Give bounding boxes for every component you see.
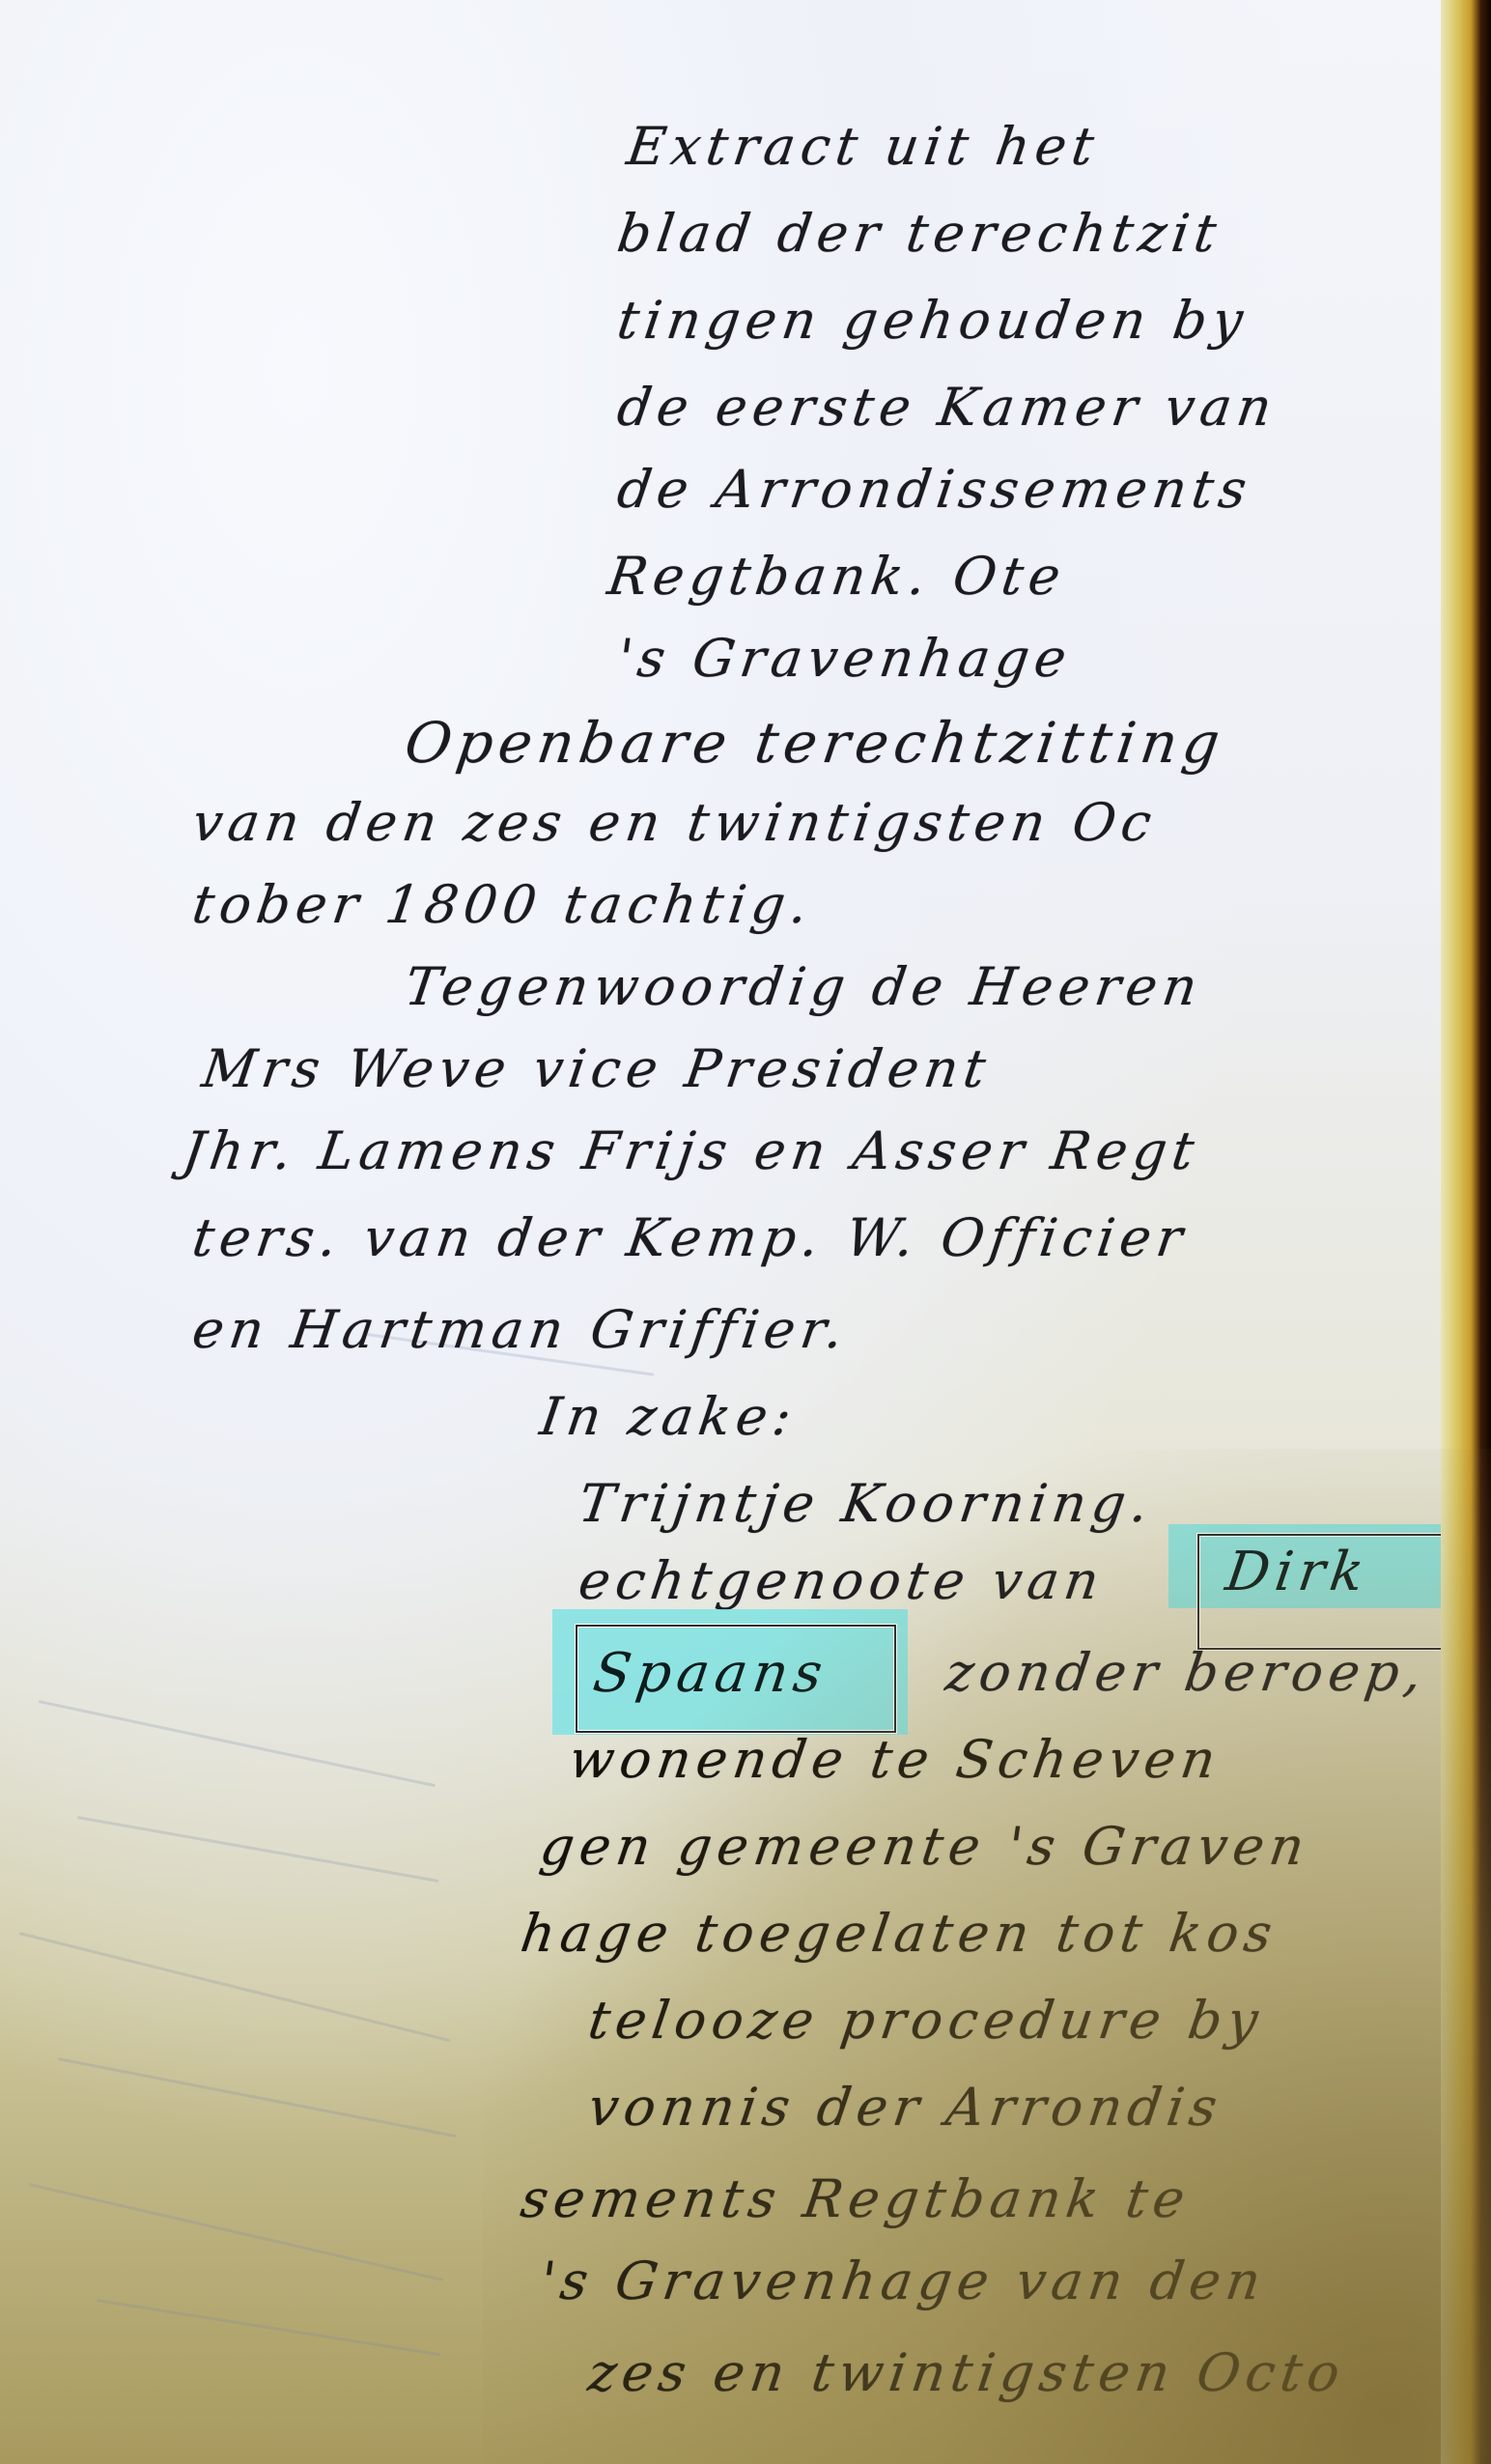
text-line: gen gemeente 's Graven bbox=[537, 1816, 1314, 1877]
text-line: de Arrondissements bbox=[614, 459, 1256, 520]
text-line: vonnis der Arrondis bbox=[585, 2077, 1227, 2138]
text-line: echtgenoote van bbox=[576, 1550, 1109, 1611]
text-line: Jhr. Lamens Frijs en Asser Regt bbox=[180, 1120, 1204, 1181]
text-line: hage toegelaten tot kos bbox=[518, 1903, 1281, 1964]
text-line: ters. van der Kemp. W. Officier bbox=[189, 1207, 1193, 1268]
text-line: Openbare terechtzitting bbox=[401, 710, 1229, 776]
text-line: zes en twintigsten Octo bbox=[585, 2342, 1350, 2403]
page-binding-edge bbox=[1441, 0, 1491, 2464]
text-line: van den zes en twintigsten Oc bbox=[189, 792, 1161, 853]
bleed-through-stroke bbox=[58, 2057, 457, 2138]
text-line: Trijntje Koorning. bbox=[576, 1473, 1158, 1534]
text-line: tingen gehouden by bbox=[614, 290, 1252, 351]
text-line: In zake: bbox=[537, 1386, 802, 1447]
text-line: de eerste Kamer van bbox=[614, 377, 1281, 438]
text-line: Mrs Weve vice President bbox=[199, 1038, 996, 1099]
text-line: tober 1800 tachtig. bbox=[189, 874, 818, 935]
text-line: en Hartman Griffier. bbox=[189, 1299, 853, 1360]
text-line: 's Gravenhage bbox=[614, 628, 1076, 689]
bleed-through-stroke bbox=[19, 1932, 451, 2042]
text-line: blad der terechtzit bbox=[614, 203, 1226, 264]
text-line: 's Gravenhage van den bbox=[537, 2251, 1271, 2311]
bleed-through-stroke bbox=[29, 2183, 443, 2281]
text-line: Extract uit het bbox=[624, 116, 1104, 177]
highlighted-name-dirk: Dirk bbox=[1222, 1541, 1373, 1603]
text-line: wonende te Scheven bbox=[566, 1729, 1225, 1790]
bleed-through-stroke bbox=[97, 2299, 440, 2356]
text-line: telooze procedure by bbox=[585, 1990, 1268, 2051]
text-line: zonder beroep, bbox=[942, 1642, 1432, 1703]
text-line: sements Regtbank te bbox=[518, 2168, 1195, 2229]
text-line: Regtbank. Ote bbox=[605, 546, 1070, 607]
highlighted-name-spaans: Spaans bbox=[589, 1642, 831, 1705]
bleed-through-stroke bbox=[39, 1700, 436, 1787]
document-page: Extract uit het blad der terechtzit ting… bbox=[0, 0, 1491, 2464]
text-line: Tegenwoordig de Heeren bbox=[402, 956, 1207, 1017]
bleed-through-stroke bbox=[77, 1816, 439, 1883]
